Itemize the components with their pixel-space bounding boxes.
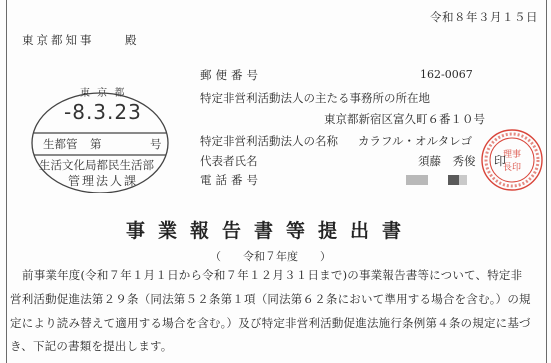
body-line-2: 営利活動促進法第２９条（同法第５２条第１項（同法第６２条において準用する場合を含… bbox=[10, 292, 531, 306]
body-line-1: 前事業年度(令和７年１月１日から令和７年１２月３１日まで)の事業報告書等について… bbox=[22, 268, 522, 282]
document-title: 事業報告書等提出書 bbox=[126, 216, 414, 243]
stamp-department: 生活文化局都民生活部 bbox=[39, 157, 154, 173]
org-name-label: 特定非営利活動法人の名称 bbox=[200, 134, 338, 148]
office-label: 特定非営利活動法人の主たる事務所の所在地 bbox=[200, 91, 430, 105]
body-line-4: き、下記の書類を提出します。 bbox=[10, 339, 172, 353]
fiscal-year: （ 令和７年度 ） bbox=[210, 250, 331, 264]
seal-mark: 印 bbox=[494, 154, 506, 168]
receipt-stamp: 東 京 都 -8.3.23 生都管 第 号 生活文化局都民生活部 管理法人課 bbox=[30, 85, 170, 193]
org-name-value: カラフル・オルタレゴ bbox=[358, 134, 472, 148]
stamp-number-suffix: 号 bbox=[150, 136, 162, 152]
stamp-top: 東 京 都 bbox=[80, 84, 126, 99]
representative-value: 須藤 秀俊 bbox=[418, 154, 476, 168]
office-value: 東京都新宿区富久町６番１０号 bbox=[324, 112, 485, 126]
stamp-number-prefix: 生都管 bbox=[43, 136, 78, 152]
postal-label: 郵便番号 bbox=[200, 68, 262, 82]
seal-icon: 理事 長印 bbox=[480, 128, 544, 192]
stamp-section: 管理法人課 bbox=[68, 172, 138, 189]
representative-label: 代表者氏名 bbox=[200, 154, 258, 168]
addressee: 東京都知事 bbox=[22, 33, 95, 47]
postal-value: 162-0067 bbox=[420, 68, 473, 82]
document-page: 令和８年３月１５日 東京都知事 殿 東 京 都 -8.3.23 生都管 第 号 … bbox=[0, 0, 551, 363]
body-line-3: 定により読み替えて適用する場合を含む。）及び特定非営利活動促進法施行条例第４条の… bbox=[10, 316, 531, 330]
stamp-number-mid: 第 bbox=[90, 136, 102, 152]
organization-seal: 理事 長印 bbox=[480, 128, 544, 192]
submission-date: 令和８年３月１５日 bbox=[430, 10, 538, 24]
phone-label: 電話番号 bbox=[200, 173, 262, 187]
addressee-suffix: 殿 bbox=[125, 33, 137, 47]
page-border-left bbox=[6, 0, 7, 363]
stamp-date: -8.3.23 bbox=[64, 100, 142, 124]
page-border-right bbox=[546, 0, 547, 363]
